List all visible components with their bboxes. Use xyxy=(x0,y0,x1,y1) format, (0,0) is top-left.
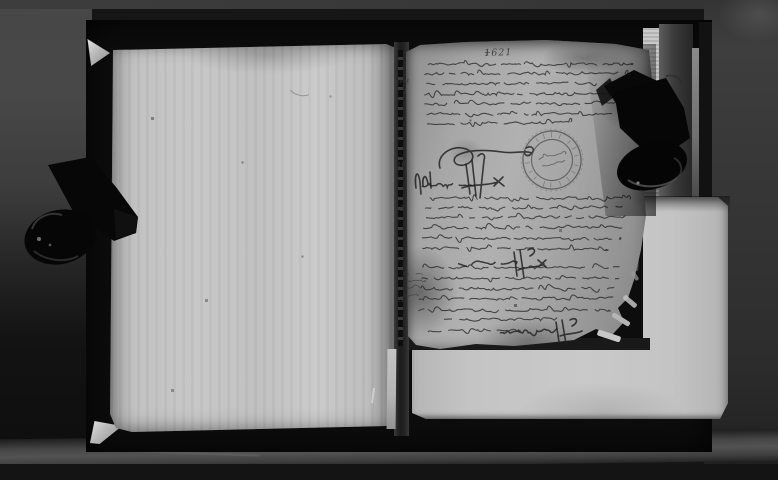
left-page-texture xyxy=(110,44,396,434)
archival-photo-register: cent 1 16 2 3 + 1621 xyxy=(0,0,778,480)
back-cover-edge xyxy=(699,22,712,198)
photo-bottom-edge xyxy=(0,464,778,480)
margin-entry-number-1: 1 xyxy=(403,89,407,96)
left-book-clamp xyxy=(16,153,144,271)
right-book-clamp xyxy=(594,62,698,202)
margin-entry-number-3: 3 xyxy=(399,296,404,304)
manuscript-specks xyxy=(0,0,1,1)
margin-note-word: cent xyxy=(396,79,410,86)
margin-entry-number-2: 2 xyxy=(400,205,405,213)
page-edge-sliver xyxy=(387,349,397,429)
folio-number: 16 xyxy=(397,162,407,170)
year-text: 1621 xyxy=(484,47,513,59)
photo-top-edge xyxy=(0,0,778,9)
